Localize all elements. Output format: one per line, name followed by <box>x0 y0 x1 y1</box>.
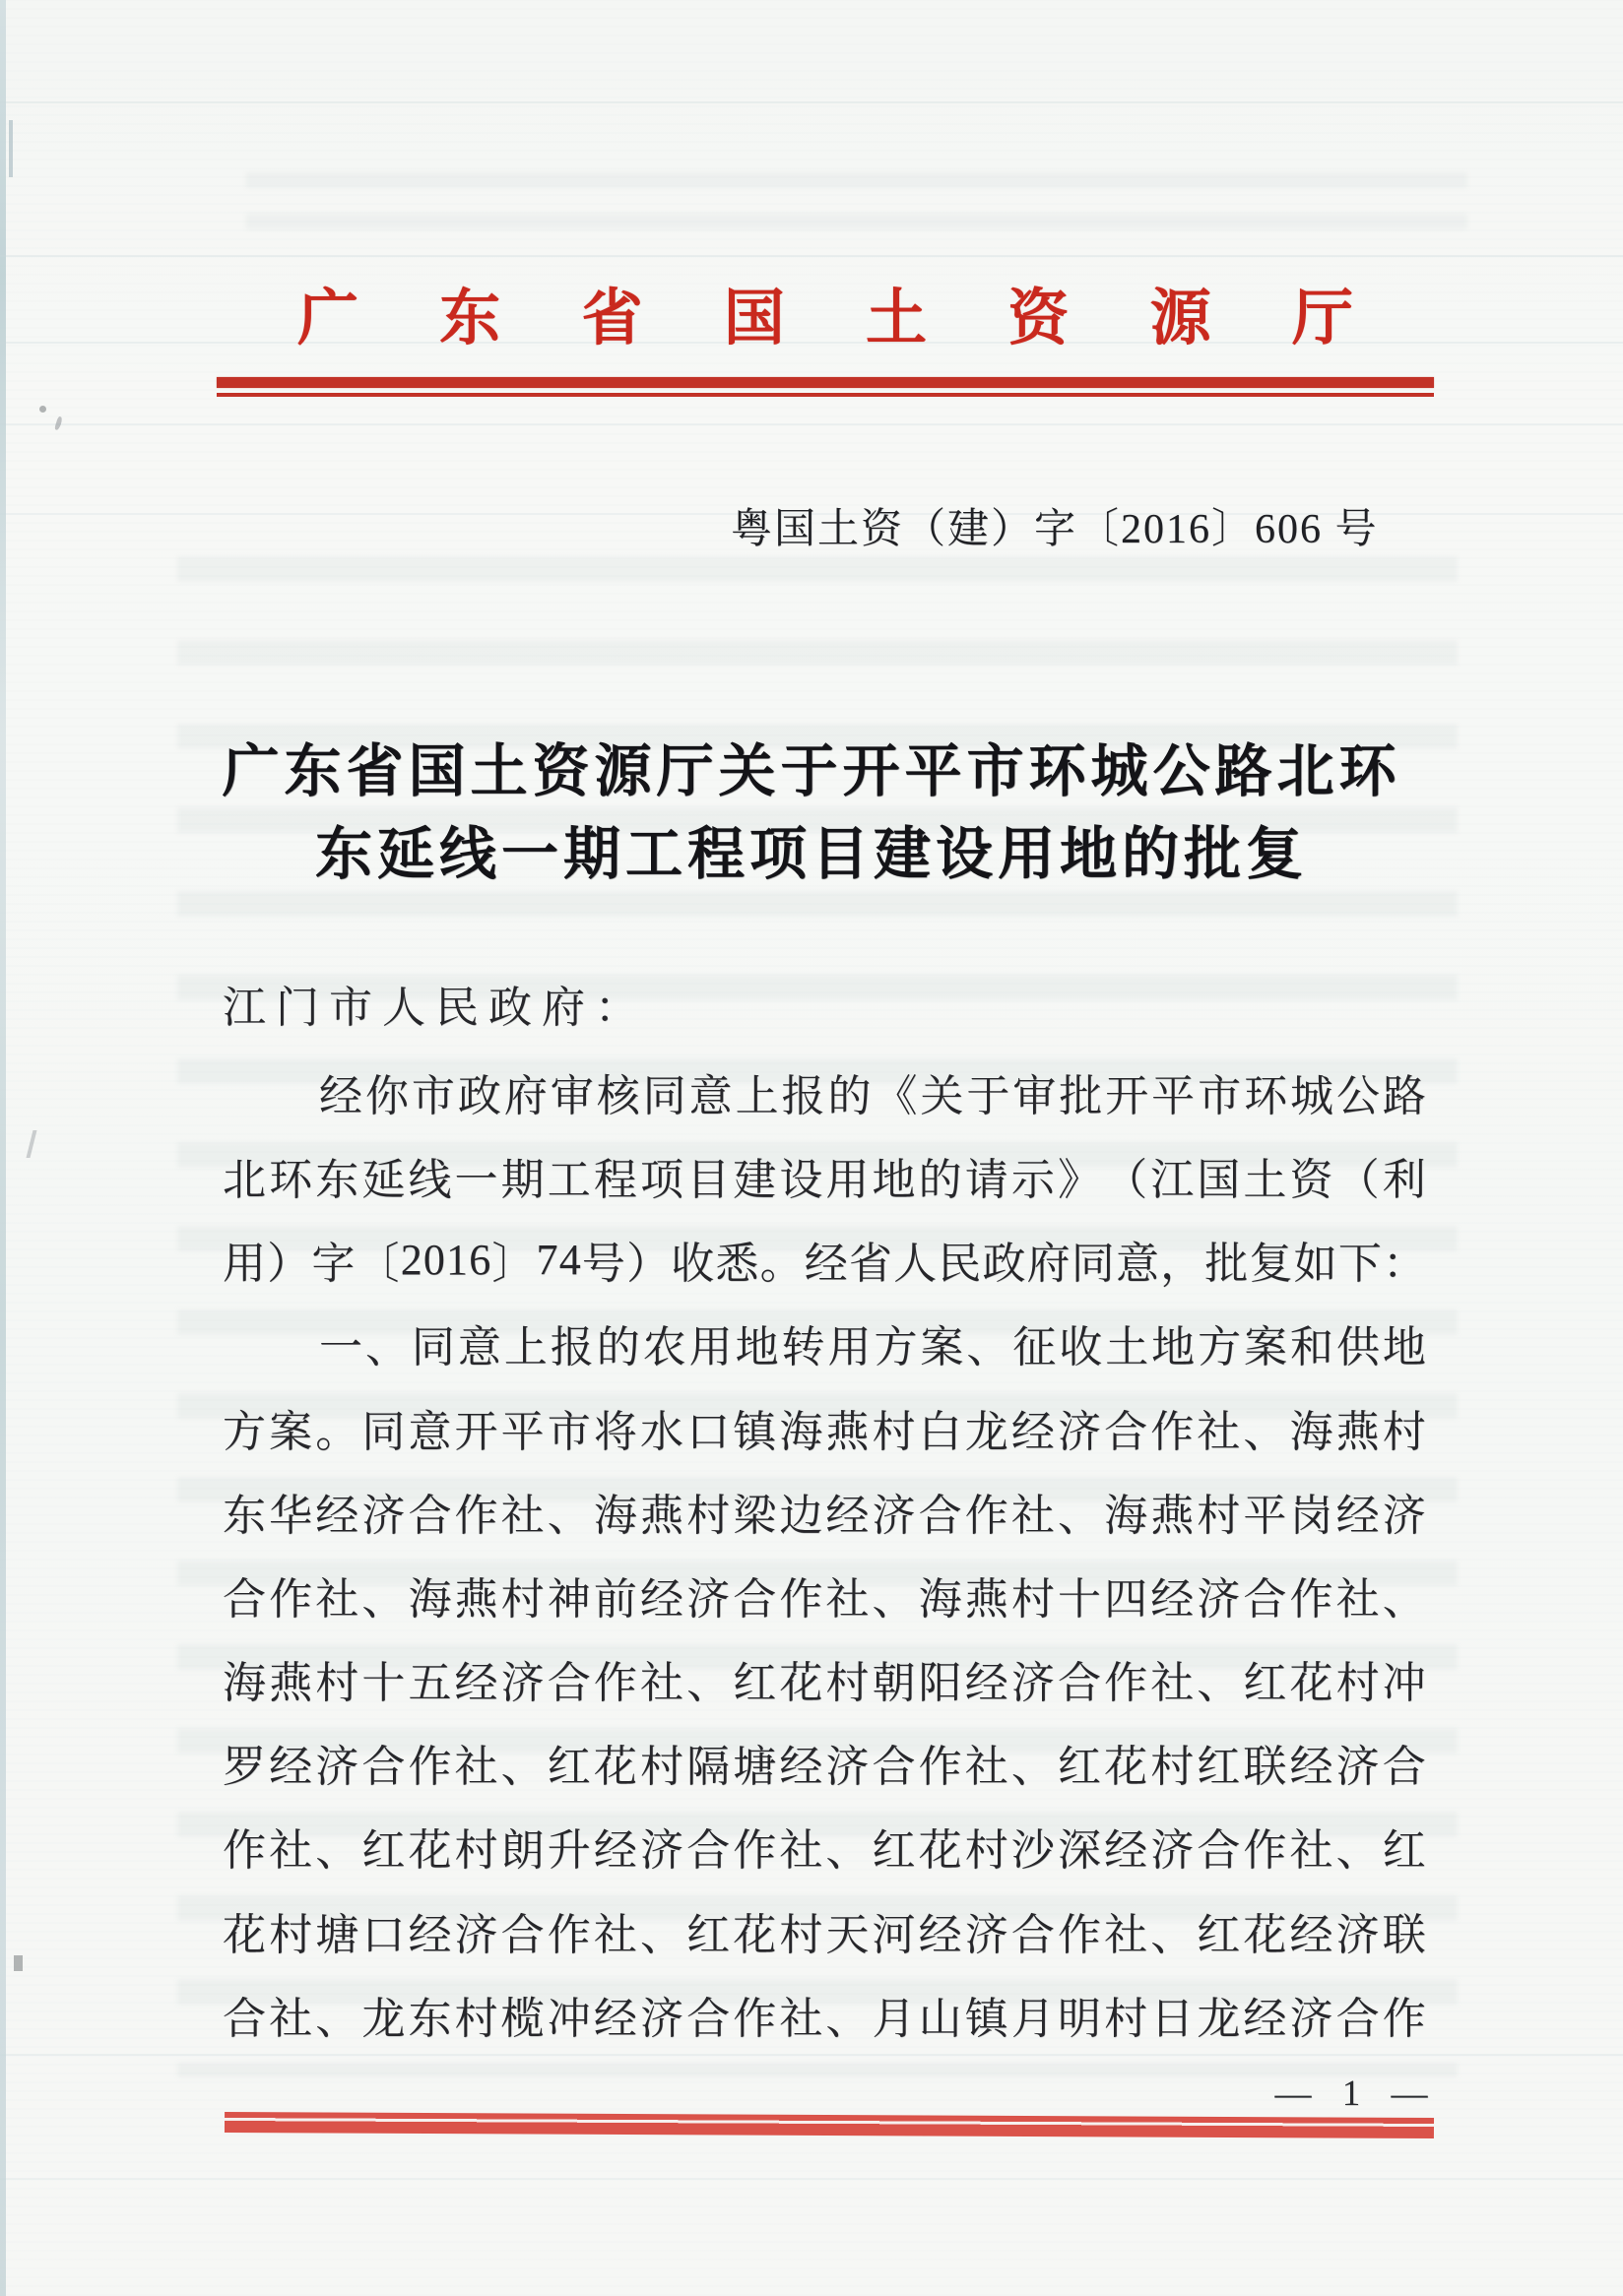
scanner-edge-mark <box>14 1955 23 1971</box>
glyph: 红 <box>361 1815 405 1878</box>
glyph: 作 <box>1243 1815 1286 1878</box>
glyph: 联 <box>1243 1731 1286 1794</box>
glyph: 资 <box>1290 1144 1333 1207</box>
glyph: 村 <box>1150 1731 1194 1794</box>
body-line: 合作社、海燕村神前经济合作社、海燕村十四经济合作社、 <box>223 1553 1426 1636</box>
glyph: 国 <box>1197 1144 1240 1207</box>
glyph: 水 <box>640 1396 683 1459</box>
glyph: 合 <box>1197 1815 1240 1878</box>
glyph: 字 <box>311 1228 355 1291</box>
glyph: 作 <box>779 1563 822 1626</box>
glyph: 山 <box>919 1983 962 2046</box>
glyph: 《 <box>874 1060 917 1123</box>
glyph: 作 <box>548 1899 591 1962</box>
glyph: 经 <box>594 1983 637 2046</box>
glyph: 0 <box>423 1235 445 1285</box>
glyph: 济 <box>1058 1396 1101 1459</box>
glyph: 村 <box>1104 1983 1147 2046</box>
glyph: 利 <box>1383 1144 1426 1207</box>
glyph: 村 <box>686 1480 730 1543</box>
glyph: 案 <box>920 1311 963 1374</box>
glyph: 作 <box>269 1563 312 1626</box>
glyph: 明 <box>1058 1983 1101 2046</box>
glyph: 收 <box>1059 1311 1102 1374</box>
glyph: 合 <box>1011 1899 1055 1962</box>
glyph: 民 <box>938 1228 981 1291</box>
glyph: 济 <box>1150 1815 1194 1878</box>
glyph: 阳 <box>919 1647 962 1710</box>
glyph: 经 <box>640 1563 683 1626</box>
glyph: 意 <box>458 1311 501 1374</box>
glyph: 示 <box>1011 1144 1055 1207</box>
glyph: 五 <box>408 1647 451 1710</box>
glyph: 、 <box>548 1480 591 1543</box>
glyph: 社 <box>779 1983 822 2046</box>
glyph: 、 <box>873 1563 916 1626</box>
glyph: 作 <box>408 1731 451 1794</box>
glyph: 月 <box>873 1983 916 2046</box>
glyph: 燕 <box>455 1563 498 1626</box>
glyph: 红 <box>686 1899 730 1962</box>
ink-speck <box>27 1130 37 1158</box>
glyph: 作 <box>965 1480 1008 1543</box>
glyph: 白 <box>919 1396 962 1459</box>
glyph: 用 <box>689 1311 733 1374</box>
glyph: 龙 <box>965 1396 1008 1459</box>
glyph: 线 <box>408 1144 451 1207</box>
glyph: 厅 <box>1292 284 1353 354</box>
glyph: 村 <box>640 1731 683 1794</box>
glyph: 燕 <box>640 1480 683 1543</box>
footer-red-rule <box>225 2112 1434 2138</box>
glyph: 村 <box>1383 1396 1426 1459</box>
glyph: 济 <box>361 1480 405 1543</box>
glyph: 合 <box>1243 1563 1286 1626</box>
body-line: 北环东延线一期工程项目建设用地的请示》（江国土资（利 <box>223 1133 1426 1217</box>
glyph: 东 <box>223 1480 266 1543</box>
glyph: 镇 <box>733 1396 776 1459</box>
glyph: 社 <box>1336 1563 1380 1626</box>
body-line: 用）字〔2016〕74号）收悉。经省人民政府同意，批复如下： <box>223 1218 1426 1302</box>
glyph: 红 <box>873 1815 916 1878</box>
glyph: 程 <box>594 1144 637 1207</box>
glyph: 政 <box>982 1228 1025 1291</box>
glyph: 合 <box>1383 1731 1426 1794</box>
glyph: 花 <box>779 1647 822 1710</box>
glyph: 济 <box>315 1731 358 1794</box>
scanner-edge-mark <box>9 120 13 177</box>
glyph: 延 <box>361 1144 405 1207</box>
glyph: 海 <box>779 1396 822 1459</box>
glyph: 经 <box>919 1899 962 1962</box>
glyph: 花 <box>594 1731 637 1794</box>
glyph: 路 <box>1383 1060 1426 1123</box>
glyph: 。 <box>760 1228 804 1291</box>
glyph: 村 <box>779 1899 822 1962</box>
glyph: 政 <box>458 1060 501 1123</box>
glyph: 燕 <box>269 1647 312 1710</box>
glyph: 方 <box>874 1311 917 1374</box>
glyph: 作 <box>223 1815 266 1878</box>
glyph: 下 <box>1338 1228 1382 1291</box>
glyph: 公 <box>1336 1060 1380 1123</box>
glyph: 花 <box>408 1815 451 1878</box>
document-title: 广东省国土资源厅关于开平市环城公路北环东延线一期工程项目建设用地的批复 <box>0 731 1623 896</box>
glyph: 核 <box>597 1060 640 1123</box>
glyph: 悉 <box>715 1228 758 1291</box>
glyph: 济 <box>1011 1647 1055 1710</box>
glyph: 合 <box>919 1480 962 1543</box>
glyph: 、 <box>825 1815 869 1878</box>
glyph: 经 <box>1150 1563 1194 1626</box>
glyph: 上 <box>504 1311 548 1374</box>
glyph: 、 <box>1150 1899 1194 1962</box>
glyph: ） <box>267 1228 310 1291</box>
glyph: 同 <box>1071 1228 1115 1291</box>
glyph: 村 <box>501 1563 545 1626</box>
glyph: 朝 <box>873 1647 916 1710</box>
glyph: 燕 <box>1336 1396 1380 1459</box>
glyph: 用 <box>223 1228 266 1291</box>
glyph: 神 <box>548 1563 591 1626</box>
glyph: 村 <box>1336 1647 1380 1710</box>
glyph: 、 <box>1058 1480 1101 1543</box>
glyph: 村 <box>455 1815 498 1878</box>
glyph: 海 <box>1104 1480 1147 1543</box>
glyph: 济 <box>501 1647 545 1710</box>
glyph: 期 <box>501 1144 545 1207</box>
scan-streak <box>0 423 1623 425</box>
scanned-document-page: 广东省国土资源厅 粤国土资（建）字〔2016〕606 号 广东省国土资源厅关于开… <box>0 0 1623 2296</box>
glyph: 》 <box>1058 1144 1101 1207</box>
glyph: 海 <box>223 1647 266 1710</box>
glyph: 社 <box>1011 1480 1055 1543</box>
glyph: 社 <box>455 1731 498 1794</box>
glyph: 合 <box>686 1983 730 2046</box>
glyph: 边 <box>779 1480 822 1543</box>
glyph: 国 <box>724 284 785 354</box>
glyph: 村 <box>873 1396 916 1459</box>
glyph: 村 <box>825 1647 869 1710</box>
glyph: 经 <box>1243 1983 1286 2046</box>
glyph: 合 <box>733 1563 776 1626</box>
letterhead-org-name: 广东省国土资源厅 <box>297 284 1353 354</box>
glyph: 经 <box>965 1647 1008 1710</box>
glyph: 合 <box>361 1731 405 1794</box>
glyph: 村 <box>269 1899 312 1962</box>
glyph: 村 <box>315 1647 358 1710</box>
glyph: 济 <box>873 1480 916 1543</box>
glyph: 红 <box>1243 1647 1286 1710</box>
glyph: 平 <box>501 1396 545 1459</box>
glyph: 济 <box>1290 1983 1333 2046</box>
glyph: 经 <box>319 1060 362 1123</box>
glyph: 省 <box>849 1228 892 1291</box>
glyph: 经 <box>269 1731 312 1794</box>
glyph: 供 <box>1336 1311 1380 1374</box>
glyph: 口 <box>686 1396 730 1459</box>
letterhead-rule-thick <box>217 377 1434 388</box>
glyph: 沙 <box>1011 1815 1055 1878</box>
glyph: 经 <box>1336 1480 1380 1543</box>
glyph: ） <box>626 1228 670 1291</box>
glyph: 7 <box>537 1235 558 1285</box>
glyph: 社 <box>269 1983 312 2046</box>
glyph: 社 <box>594 1899 637 1962</box>
glyph: 、 <box>686 1647 730 1710</box>
glyph: 作 <box>733 1983 776 2046</box>
glyph: 东 <box>408 1983 451 2046</box>
glyph: 关 <box>920 1060 963 1123</box>
glyph: 项 <box>640 1144 683 1207</box>
body-line: 花村塘口经济合作社、红花村天河经济合作社、红花经济联 <box>223 1888 1426 1972</box>
glyph: 、 <box>1383 1563 1426 1626</box>
glyph: 工 <box>548 1144 591 1207</box>
glyph: 环 <box>269 1144 312 1207</box>
glyph: 合 <box>548 1647 591 1710</box>
glyph: 、 <box>1336 1815 1380 1878</box>
glyph: 批 <box>1204 1228 1248 1291</box>
glyph: 村 <box>1011 1563 1055 1626</box>
glyph: 经 <box>594 1815 637 1878</box>
glyph: 经 <box>408 1899 451 1962</box>
body-line: 方案。同意开平市将水口镇海燕村白龙经济合作社、海燕村 <box>223 1385 1426 1469</box>
glyph: 广 <box>297 284 358 354</box>
glyph: 社 <box>1150 1647 1194 1710</box>
glyph: 红 <box>1383 1815 1426 1878</box>
glyph: 环 <box>1244 1060 1287 1123</box>
glyph: 日 <box>1150 1983 1194 2046</box>
glyph: 省 <box>582 284 643 354</box>
glyph: 转 <box>782 1311 825 1374</box>
glyph: 红 <box>1058 1731 1101 1794</box>
glyph: 、 <box>640 1899 683 1962</box>
glyph: 一 <box>319 1311 362 1374</box>
glyph: 合 <box>873 1731 916 1794</box>
glyph: 社 <box>965 1731 1008 1794</box>
glyph: 经 <box>1104 1815 1147 1878</box>
glyph: 社 <box>825 1563 869 1626</box>
glyph: 意 <box>689 1060 733 1123</box>
glyph: 合 <box>1336 1983 1380 2046</box>
glyph: 罗 <box>223 1731 266 1794</box>
glyph: 济 <box>965 1899 1008 1962</box>
glyph: 经 <box>779 1731 822 1794</box>
glyph: 用 <box>827 1311 871 1374</box>
scan-streak <box>0 2178 1623 2180</box>
glyph: 收 <box>671 1228 714 1291</box>
glyph: 合 <box>501 1899 545 1962</box>
glyph: 四 <box>1104 1563 1147 1626</box>
glyph: 审 <box>551 1060 594 1123</box>
glyph: 作 <box>1150 1396 1194 1459</box>
glyph: 设 <box>779 1144 822 1207</box>
glyph: 资 <box>1007 284 1069 354</box>
glyph: 的 <box>827 1060 871 1123</box>
glyph: 东 <box>439 284 500 354</box>
glyph: 花 <box>919 1815 962 1878</box>
glyph: 、 <box>966 1311 1009 1374</box>
glyph: 〕 <box>491 1228 535 1291</box>
glyph: 月 <box>1011 1983 1055 2046</box>
glyph: 冲 <box>1383 1647 1426 1710</box>
glyph: 花 <box>1290 1647 1333 1710</box>
glyph: 一 <box>455 1144 498 1207</box>
glyph: 、 <box>1197 1647 1240 1710</box>
salutation-line: 江门市人民政府： <box>223 966 1426 1050</box>
glyph: 济 <box>640 1983 683 2046</box>
glyph: 地 <box>1151 1311 1195 1374</box>
glyph: 意 <box>1116 1228 1159 1291</box>
page-number: — 1 — <box>1264 2073 1439 2116</box>
glyph: 经 <box>315 1480 358 1543</box>
glyph: 作 <box>1058 1899 1101 1962</box>
glyph: ， <box>1160 1228 1203 1291</box>
glyph: 社 <box>779 1815 822 1878</box>
glyph: 人 <box>893 1228 937 1291</box>
glyph: 梁 <box>733 1480 776 1543</box>
glyph: 农 <box>643 1311 686 1374</box>
document-number: 粤国土资（建）字〔2016〕606 号 <box>731 504 1379 555</box>
glyph: 市 <box>412 1060 455 1123</box>
glyph: 花 <box>1243 1899 1286 1962</box>
glyph: 、 <box>315 1815 358 1878</box>
document-title-line-2: 东延线一期工程项目建设用地的批复 <box>315 822 1308 886</box>
glyph: 。 <box>315 1396 358 1459</box>
glyph: 4 <box>559 1235 581 1285</box>
glyph: 榄 <box>501 1983 545 2046</box>
glyph: 十 <box>361 1647 405 1710</box>
glyph: 市 <box>1198 1060 1241 1123</box>
glyph: 经 <box>805 1228 848 1291</box>
glyph: 地 <box>736 1311 779 1374</box>
glyph: 土 <box>1243 1144 1286 1207</box>
glyph: 作 <box>455 1480 498 1543</box>
glyph: 社 <box>501 1480 545 1543</box>
glyph: 济 <box>455 1899 498 1962</box>
glyph: 隔 <box>686 1731 730 1794</box>
letterhead-rule-thin <box>217 393 1434 397</box>
glyph: 济 <box>825 1731 869 1794</box>
glyph: 济 <box>686 1563 730 1626</box>
glyph: 冲 <box>548 1983 591 2046</box>
glyph: 经 <box>455 1647 498 1710</box>
glyph: 济 <box>1336 1731 1380 1794</box>
glyph: 请 <box>965 1144 1008 1207</box>
glyph: ： <box>1383 1228 1426 1291</box>
glyph: 意 <box>408 1396 451 1459</box>
scan-edge-artifact <box>0 0 6 2296</box>
glyph: 社 <box>1104 1899 1147 1962</box>
glyph: 市 <box>548 1396 591 1459</box>
glyph: 合 <box>223 1983 266 2046</box>
glyph: 红 <box>1197 1899 1240 1962</box>
glyph: 河 <box>873 1899 916 1962</box>
glyph: 社 <box>640 1647 683 1710</box>
glyph: 地 <box>1383 1311 1426 1374</box>
glyph: 号 <box>582 1228 625 1291</box>
glyph: 社 <box>1197 1396 1240 1459</box>
glyph: 府 <box>1027 1228 1071 1291</box>
glyph: 作 <box>594 1647 637 1710</box>
glyph: 合 <box>1104 1396 1147 1459</box>
glyph: 华 <box>269 1480 312 1543</box>
glyph: 土 <box>866 284 927 354</box>
glyph: 、 <box>315 1983 358 2046</box>
glyph: 海 <box>408 1563 451 1626</box>
glyph: 、 <box>501 1731 545 1794</box>
glyph: 府 <box>504 1060 548 1123</box>
glyph: 如 <box>1294 1228 1337 1291</box>
glyph: 深 <box>1058 1815 1101 1878</box>
glyph: 济 <box>640 1815 683 1878</box>
glyph: 审 <box>1012 1060 1056 1123</box>
glyph: 、 <box>825 1983 869 2046</box>
document-body: 江门市人民政府： 经你市政府审核同意上报的《关于审批开平市环城公路 北环东延线一… <box>223 966 1426 2056</box>
glyph: 2 <box>401 1235 422 1285</box>
glyph: 经 <box>1290 1731 1333 1794</box>
glyph: 的 <box>597 1311 640 1374</box>
glyph: 花 <box>223 1899 266 1962</box>
ink-speck <box>39 406 46 413</box>
glyph: 用 <box>825 1144 869 1207</box>
glyph: 镇 <box>965 1983 1008 2046</box>
glyph: 江 <box>1150 1144 1194 1207</box>
glyph: 塘 <box>315 1899 358 1962</box>
glyph: 济 <box>1197 1563 1240 1626</box>
glyph: 平 <box>1151 1060 1195 1123</box>
glyph: 红 <box>1197 1731 1240 1794</box>
body-line: 东华经济合作社、海燕村梁边经济合作社、海燕村平岗经济 <box>223 1469 1426 1553</box>
glyph: 案 <box>1244 1311 1287 1374</box>
body-line: 合社、龙东村榄冲经济合作社、月山镇月明村日龙经济合作 <box>223 1972 1426 2056</box>
glyph: 、 <box>365 1311 409 1374</box>
glyph: 报 <box>782 1060 825 1123</box>
glyph: 海 <box>594 1480 637 1543</box>
glyph: 案 <box>269 1396 312 1459</box>
glyph: 、 <box>1011 1731 1055 1794</box>
glyph: 燕 <box>965 1563 1008 1626</box>
glyph: 村 <box>965 1815 1008 1878</box>
glyph: 升 <box>548 1815 591 1878</box>
glyph: 十 <box>1058 1563 1101 1626</box>
document-title-line-1: 广东省国土资源厅关于开平市环城公路北环 <box>222 739 1400 803</box>
glyph: 报 <box>551 1311 594 1374</box>
glyph: 龙 <box>1197 1983 1240 2046</box>
glyph: 东 <box>315 1144 358 1207</box>
glyph: 塘 <box>733 1731 776 1794</box>
glyph: 合 <box>408 1480 451 1543</box>
glyph: 你 <box>365 1060 409 1123</box>
glyph: 建 <box>733 1144 776 1207</box>
glyph: 经 <box>1011 1396 1055 1459</box>
glyph: 口 <box>361 1899 405 1962</box>
glyph: 1 <box>446 1235 468 1285</box>
bleed-through-ghost-text <box>246 172 1467 251</box>
glyph: 作 <box>1104 1647 1147 1710</box>
glyph: 〔 <box>357 1228 400 1291</box>
glyph: （ <box>1104 1144 1147 1207</box>
glyph: 海 <box>1290 1396 1333 1459</box>
glyph: 经 <box>825 1480 869 1543</box>
scan-streak <box>0 255 1623 257</box>
glyph: 地 <box>873 1144 916 1207</box>
body-line: 罗经济合作社、红花村隔塘经济合作社、红花村红联经济合 <box>223 1721 1426 1805</box>
glyph: 村 <box>455 1983 498 2046</box>
glyph: 济 <box>1336 1899 1380 1962</box>
glyph: 6 <box>469 1235 490 1285</box>
glyph: 合 <box>223 1563 266 1626</box>
